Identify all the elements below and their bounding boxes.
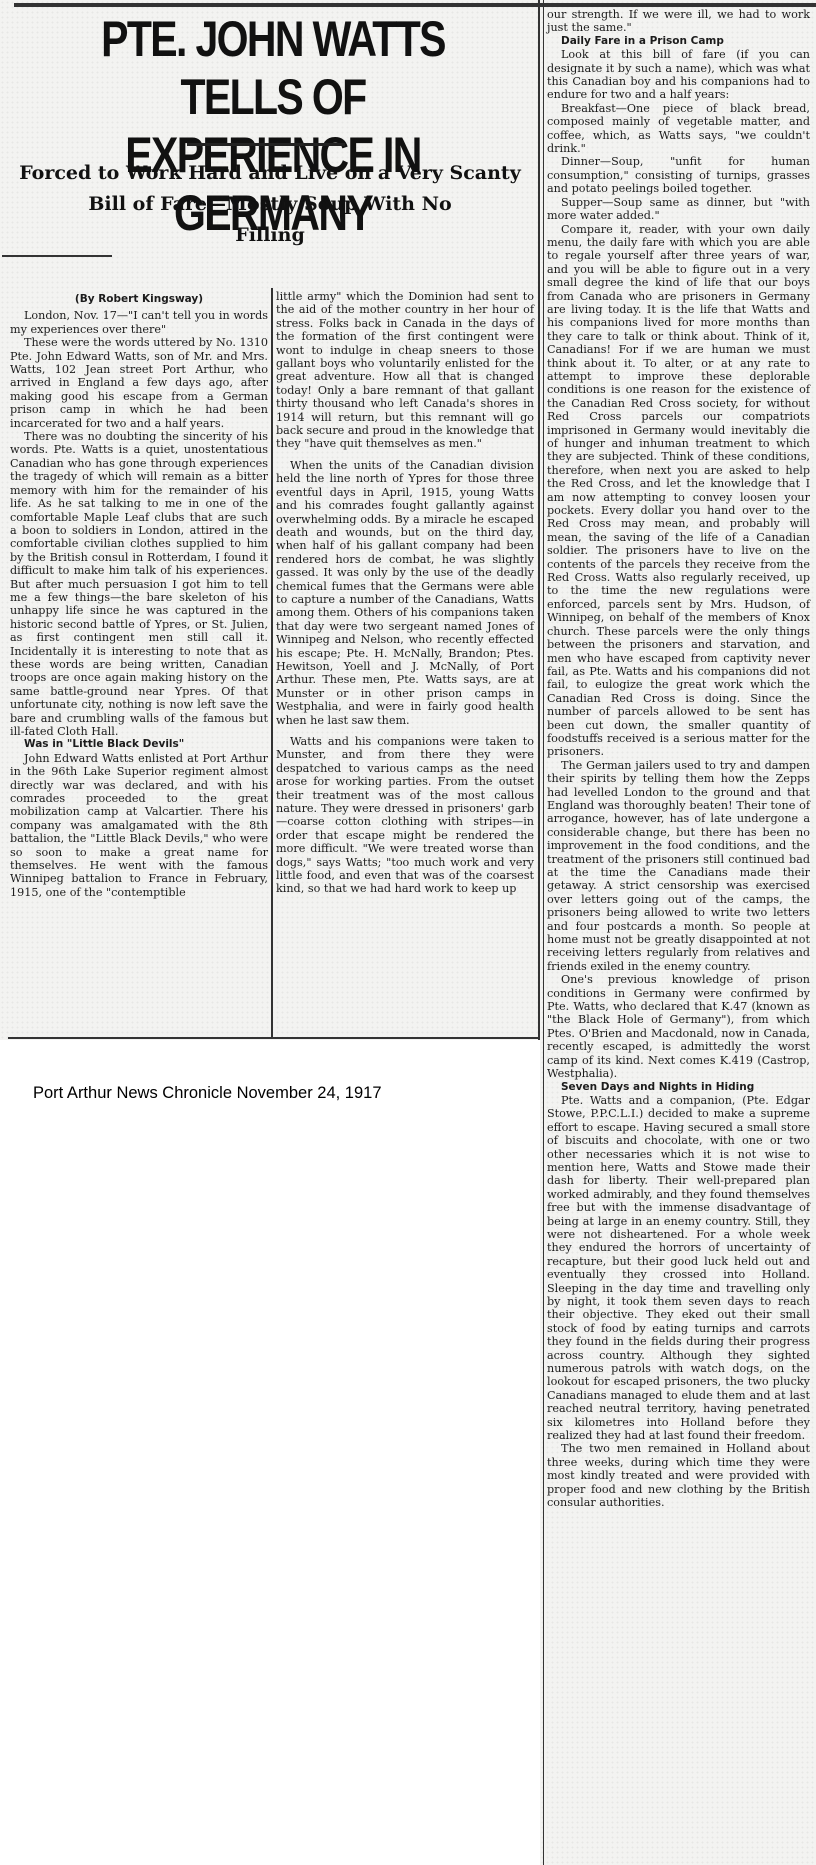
bottom-rule: [8, 1037, 540, 1039]
paragraph: These were the words uttered by No. 1310…: [10, 336, 268, 430]
subhead-line-3: Filling: [10, 220, 530, 251]
byline: (By Robert Kingsway): [10, 293, 268, 306]
paragraph: There was no doubting the sincerity of h…: [10, 430, 268, 738]
article-column-3: our strength. If we were ill, we had to …: [547, 8, 810, 1510]
paragraph: little army" which the Dominion had sent…: [276, 290, 534, 451]
paragraph: When the units of the Canadian division …: [276, 459, 534, 727]
column-divider-3: [543, 0, 544, 1865]
paragraph: The German jailers used to try and dampe…: [547, 759, 810, 974]
paragraph: Breakfast—One piece of black bread, comp…: [547, 102, 810, 156]
paragraph: Supper—Soup same as dinner, but "with mo…: [547, 196, 810, 223]
paragraph: John Edward Watts enlisted at Port Arthu…: [10, 752, 268, 899]
subheadline: Forced to Work Hard and Live on a Very S…: [10, 158, 530, 251]
top-rule-right: [540, 3, 816, 7]
section-heading: Seven Days and Nights in Hiding: [547, 1081, 810, 1094]
subhead-line-1: Forced to Work Hard and Live on a Very S…: [10, 158, 530, 189]
column-divider-1: [271, 288, 273, 1038]
paragraph: Watts and his companions were taken to M…: [276, 735, 534, 896]
headline-line-1: PTE. JOHN WATTS TELLS OF: [56, 10, 491, 126]
column-divider-2: [538, 0, 540, 1040]
paragraph: The two men remained in Holland about th…: [547, 1442, 810, 1509]
paragraph: Look at this bill of fare (if you can de…: [547, 48, 810, 102]
section-heading: Was in "Little Black Devils": [10, 738, 268, 751]
subhead-line-2: Bill of Fare—Mostly Soup With No: [10, 189, 530, 220]
paragraph: London, Nov. 17—"I can't tell you in wor…: [10, 309, 268, 336]
section-heading: Daily Fare in a Prison Camp: [547, 35, 810, 48]
paragraph: Dinner—Soup, "unfit for human consumptio…: [547, 155, 810, 195]
section-rule: [2, 255, 112, 257]
source-caption: Port Arthur News Chronicle November 24, …: [33, 1084, 382, 1103]
paragraph: Compare it, reader, with your own daily …: [547, 223, 810, 759]
top-rule: [14, 3, 544, 7]
paragraph: our strength. If we were ill, we had to …: [547, 8, 810, 35]
article-column-1: (By Robert Kingsway) London, Nov. 17—"I …: [10, 293, 268, 899]
article-column-2: little army" which the Dominion had sent…: [276, 290, 534, 896]
paragraph: One's previous knowledge of prison condi…: [547, 973, 810, 1080]
headline-rule: [187, 143, 345, 146]
paragraph: Pte. Watts and a companion, (Pte. Edgar …: [547, 1094, 810, 1443]
